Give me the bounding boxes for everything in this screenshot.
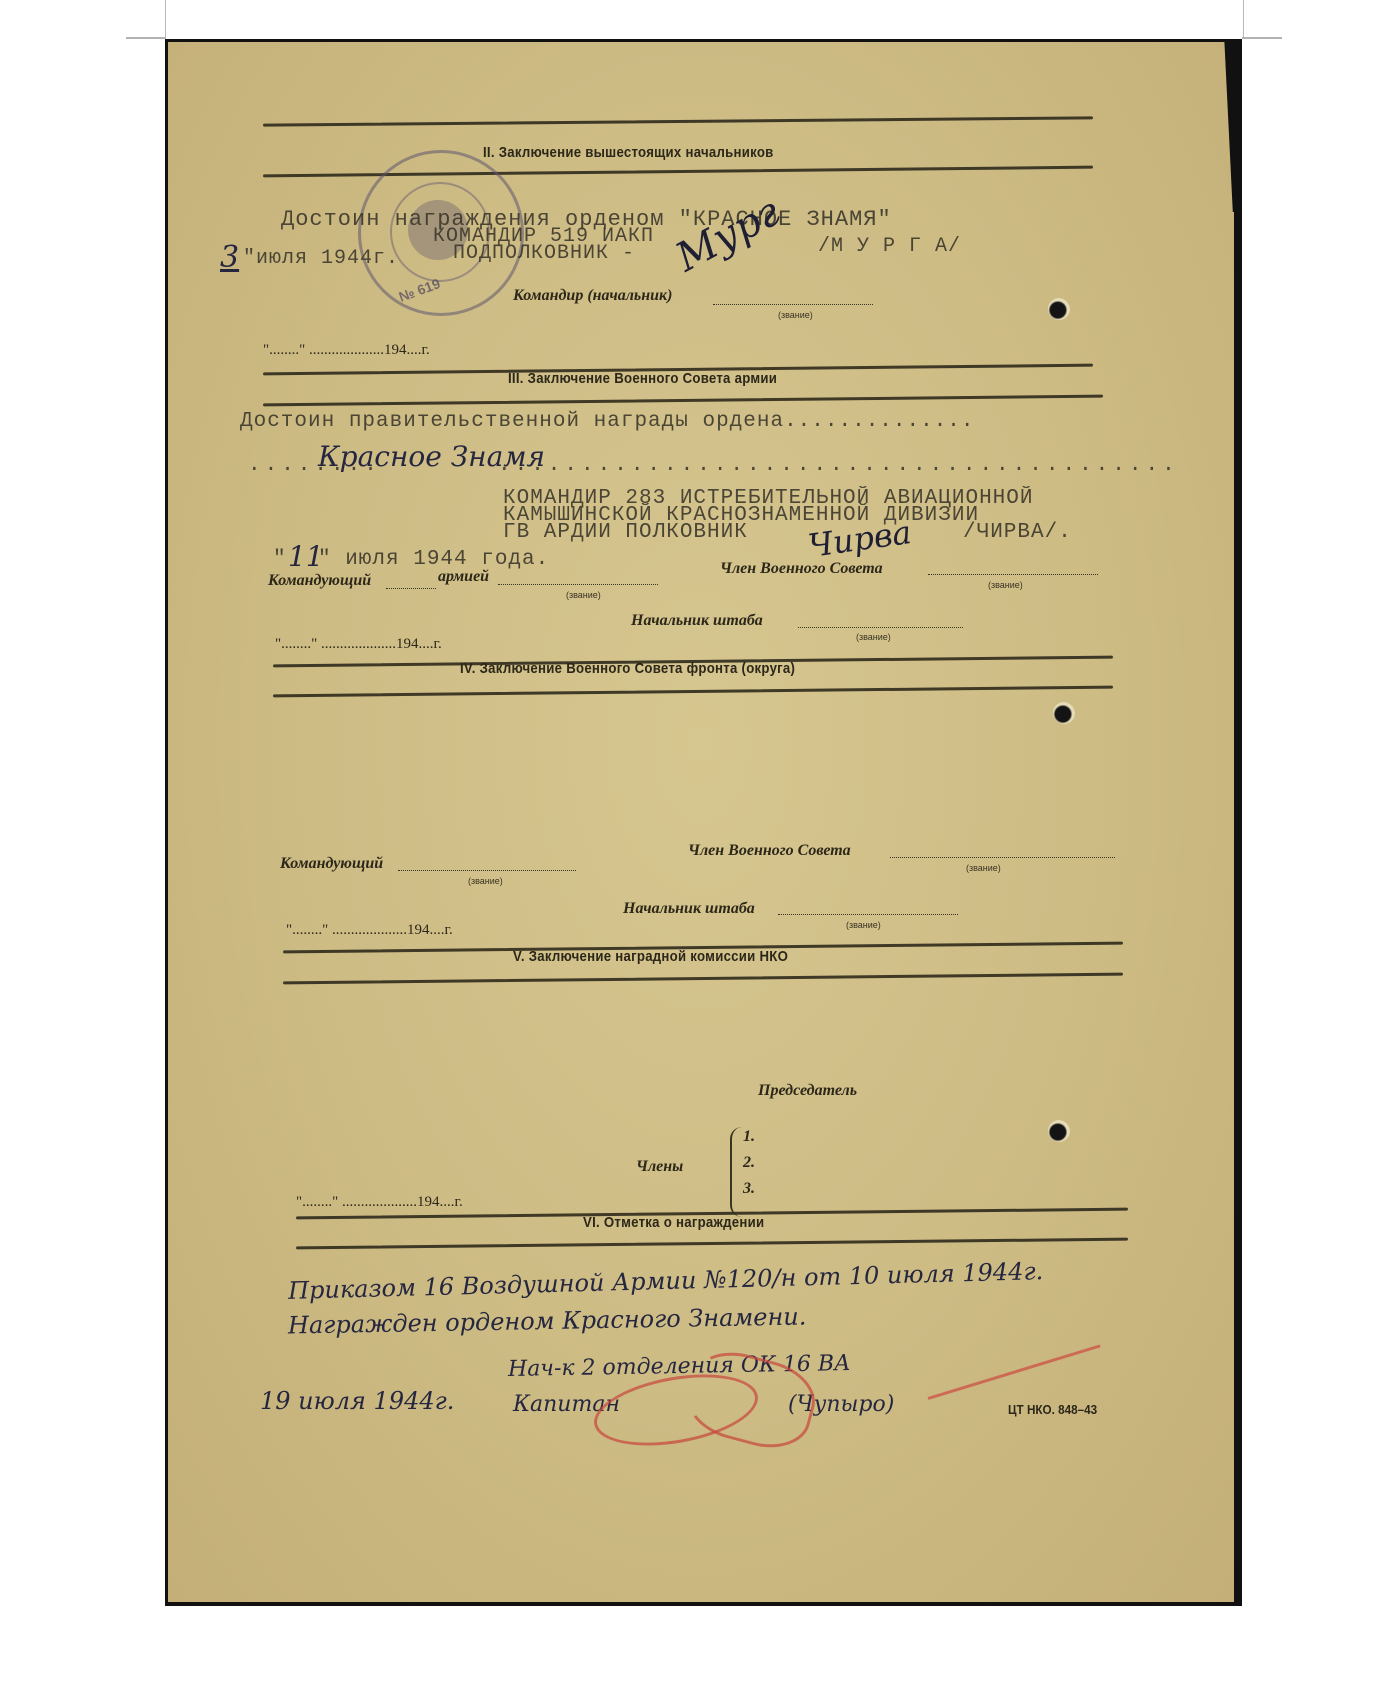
punch-hole xyxy=(1048,1120,1070,1142)
s3-chief-staff-field xyxy=(798,627,963,628)
s2-commander-field xyxy=(713,304,873,305)
s5-blank-date: "........" ....................194....г. xyxy=(296,1194,463,1211)
award-sheet-paper: II. Заключение вышестоящих начальников №… xyxy=(168,42,1234,1602)
s3-blank-date: "........" ....................194....г. xyxy=(275,636,442,653)
s4-member-label: Член Военного Совета xyxy=(688,842,851,860)
s3-date: " июля 1944 года. xyxy=(318,548,549,571)
s4-rank-hint-1: (звание) xyxy=(468,876,503,886)
scanned-document: II. Заключение вышестоящих начальников №… xyxy=(165,39,1242,1606)
s2-blank-date: "........" ....................194....г. xyxy=(263,342,430,359)
s3-rank-hint-3: (звание) xyxy=(856,632,891,642)
s3-rank-hint-1: (звание) xyxy=(566,590,601,600)
s5-member-3: 3. xyxy=(743,1180,755,1198)
form-code: ЦТ НКО. 848–43 xyxy=(1008,1402,1097,1417)
s4-chief-staff-label: Начальник штаба xyxy=(623,900,755,918)
punch-hole xyxy=(1048,298,1070,320)
s3-army-label: армией xyxy=(438,568,489,586)
s2-date-day: 3 xyxy=(220,240,239,275)
s3-rank-hint-2: (звание) xyxy=(988,580,1023,590)
s5-members-label: Члены xyxy=(636,1158,683,1176)
s3-typed-line1: Достоин правительственной награды ордена… xyxy=(240,410,975,433)
crop-mark-left xyxy=(126,37,166,39)
viewer-page-frame xyxy=(165,0,1244,38)
s6-order-line: Приказом 16 Воздушной Армии №120/н от 10… xyxy=(288,1257,1044,1305)
red-signature-tail xyxy=(928,1344,1101,1399)
section-2-title: II. Заключение вышестоящих начальников xyxy=(483,144,774,161)
section-6-title: VI. Отметка о награждении xyxy=(583,1214,764,1231)
s2-date: "июля 1944г. xyxy=(243,247,399,270)
s2-commander-label: Командир (начальник) xyxy=(513,287,672,305)
s3-member-label: Член Военного Совета xyxy=(720,560,883,578)
s4-member-field xyxy=(890,857,1115,858)
s2-signature: Мург xyxy=(669,189,788,281)
s4-blank-date: "........" ....................194....г. xyxy=(286,922,453,939)
section-3-title: III. Заключение Военного Совета армии xyxy=(508,370,777,387)
s5-member-1: 1. xyxy=(743,1128,755,1146)
s3-army-field xyxy=(498,584,658,585)
s3-chief-staff-label: Начальник штаба xyxy=(631,612,763,630)
s6-date: 19 июля 1944г. xyxy=(260,1387,454,1415)
s3-typed-name: /ЧИРВА/. xyxy=(963,521,1072,544)
section-4-title: IV. Заключение Военного Совета фронта (о… xyxy=(460,660,795,677)
s3-commander-label: Командующий xyxy=(268,572,371,590)
s3-typed-sign3: ГВ АРДИИ ПОЛКОВНИК xyxy=(503,521,748,544)
s4-rank-hint-2: (звание) xyxy=(966,863,1001,873)
members-brace xyxy=(730,1127,742,1217)
s4-commander-label: Командующий xyxy=(280,855,383,873)
s3-dots-2: ........................................… xyxy=(498,454,1179,477)
s2-typed-rank: ПОДПОЛКОВНИК - xyxy=(453,242,635,265)
section-5-title: V. Заключение наградной комиссии НКО xyxy=(513,948,788,965)
s3-commander-field xyxy=(386,588,436,589)
s3-member-field xyxy=(928,574,1098,575)
rule xyxy=(296,1238,1128,1250)
s5-member-2: 2. xyxy=(743,1154,755,1172)
rule xyxy=(263,395,1103,407)
s4-chief-staff-field xyxy=(778,914,958,915)
rule xyxy=(263,116,1093,126)
rule xyxy=(273,686,1113,698)
punch-hole xyxy=(1053,702,1075,724)
s3-date-quote: " xyxy=(273,548,287,571)
crop-mark-right xyxy=(1242,37,1282,39)
s5-chairman-label: Председатель xyxy=(758,1082,857,1100)
s4-rank-hint-3: (звание) xyxy=(846,920,881,930)
s4-commander-field xyxy=(398,870,576,871)
s6-awarded-line: Награжден орденом Красного Знамени. xyxy=(288,1302,807,1339)
s2-typed-name: /М У Р Г А/ xyxy=(818,235,961,258)
s2-rank-hint: (звание) xyxy=(778,310,813,320)
rule xyxy=(283,973,1123,985)
